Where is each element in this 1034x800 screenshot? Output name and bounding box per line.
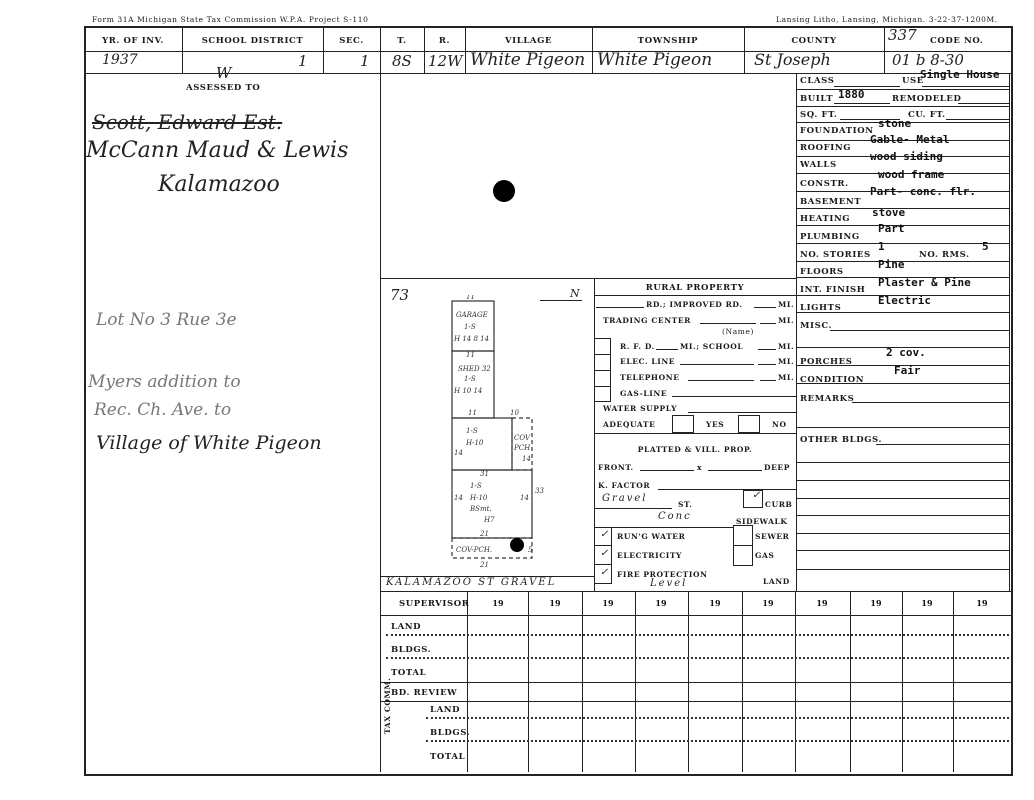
- label-tc-land: LAND: [430, 705, 460, 715]
- value-foundation[interactable]: stone: [878, 117, 911, 130]
- value-township[interactable]: White Pigeon: [597, 50, 712, 70]
- label-sec: SEC.: [323, 36, 380, 46]
- label-land: LAND: [763, 577, 790, 586]
- value-no-stories[interactable]: 1: [878, 240, 885, 253]
- legal-description-line1: Lot No 3 Rue 3e: [96, 310, 237, 330]
- value-plumbing[interactable]: Part: [878, 222, 905, 235]
- svg-text:14: 14: [522, 455, 531, 463]
- checkbox-adequate-yes[interactable]: [672, 415, 694, 433]
- assessed-owner[interactable]: McCann Maud & Lewis: [86, 138, 348, 163]
- svg-text:H-10: H-10: [469, 494, 488, 502]
- svg-text:14: 14: [454, 449, 463, 457]
- svg-text:H 10 14: H 10 14: [453, 387, 482, 395]
- svg-text:11: 11: [466, 295, 475, 301]
- label-code-no: CODE NO.: [930, 36, 983, 46]
- svg-text:14: 14: [520, 494, 529, 502]
- north-arrow-icon: N: [570, 287, 580, 300]
- svg-text:PCH: PCH: [513, 444, 531, 452]
- label-gas-line: GAS-LINE: [620, 389, 667, 398]
- label-constr: CONSTR.: [800, 179, 849, 189]
- year-col-9: 19: [907, 598, 947, 608]
- svg-text:10: 10: [510, 409, 519, 417]
- label-no-stories: NO. STORIES: [800, 250, 871, 260]
- label-adequate: ADEQUATE: [603, 420, 655, 429]
- label-k-factor: K. FACTOR: [598, 481, 650, 490]
- label-heating: HEATING: [800, 214, 850, 224]
- value-sec[interactable]: 1: [360, 52, 370, 70]
- assessed-city[interactable]: Kalamazoo: [158, 172, 280, 197]
- value-street[interactable]: Gravel: [602, 493, 648, 504]
- rural-title: RURAL PROPERTY: [594, 283, 796, 293]
- printer-info: Lansing Litho, Lansing, Michigan. 3-22-3…: [776, 15, 998, 24]
- value-int-finish[interactable]: Plaster & Pine: [878, 276, 971, 289]
- label-walls: WALLS: [800, 160, 837, 170]
- value-village[interactable]: White Pigeon: [470, 50, 585, 70]
- label-county: COUNTY: [744, 36, 884, 46]
- svg-text:1-S: 1-S: [470, 482, 482, 490]
- label-water-supply: WATER SUPPLY: [603, 404, 677, 413]
- label-sq-ft: SQ. FT.: [800, 110, 837, 120]
- value-no-rms[interactable]: 5: [982, 240, 989, 253]
- label-roofing: ROOFING: [800, 143, 851, 153]
- label-rfd: R. F. D.: [620, 342, 655, 351]
- checkbox-telephone[interactable]: [594, 370, 611, 387]
- label-misc: MISC.: [800, 321, 832, 331]
- label-mi: MI.: [778, 373, 794, 382]
- label-r: R.: [424, 36, 465, 46]
- sketch-street-label: KALAMAZOO ST GRAVEL: [386, 577, 556, 588]
- value-basement[interactable]: Part- conc. flr.: [870, 185, 976, 198]
- running-water-check-mark: ✓: [600, 529, 608, 540]
- floor-plan-sketch: 11 GARAGE 1-S H 14 8 14 11 SHED 32 1-S H…: [440, 295, 550, 570]
- value-county[interactable]: St Joseph: [754, 50, 831, 69]
- label-curb: CURB: [765, 500, 792, 509]
- svg-text:GARAGE: GARAGE: [456, 311, 488, 319]
- value-sidewalk[interactable]: Conc: [658, 511, 692, 522]
- label-front: FRONT.: [598, 463, 634, 472]
- label-no: NO: [772, 420, 787, 429]
- svg-text:COV: COV: [514, 434, 531, 442]
- value-roofing[interactable]: Gable- Metal: [870, 133, 949, 146]
- value-lights[interactable]: Electric: [878, 294, 931, 307]
- label-remodeled: REMODELED: [892, 94, 961, 104]
- value-land[interactable]: Level: [650, 578, 687, 589]
- curb-check-mark: ✓: [752, 490, 760, 501]
- label-built: BUILT: [800, 94, 833, 104]
- year-col-7: 19: [802, 598, 842, 608]
- svg-text:H 14 8 14: H 14 8 14: [453, 335, 489, 343]
- year-col-8: 19: [856, 598, 896, 608]
- year-col-10: 19: [962, 598, 1002, 608]
- value-porches[interactable]: 2 cov.: [886, 346, 926, 359]
- label-st: ST.: [678, 500, 692, 509]
- value-r[interactable]: 12W: [428, 52, 463, 70]
- label-t: T.: [380, 36, 424, 46]
- svg-text:21: 21: [479, 530, 489, 538]
- value-heating[interactable]: stove: [872, 206, 905, 219]
- year-col-1: 19: [478, 598, 518, 608]
- svg-text:5: 5: [528, 546, 533, 554]
- checkbox-gas[interactable]: [733, 545, 753, 566]
- legal-description-line4: Village of White Pigeon: [96, 432, 322, 454]
- value-walls[interactable]: wood siding: [870, 150, 943, 163]
- label-township: TOWNSHIP: [592, 36, 744, 46]
- value-yr-of-inv[interactable]: 1937: [102, 52, 138, 68]
- value-school-district-note: W: [216, 64, 231, 82]
- label-elec-line: ELEC. LINE: [620, 357, 675, 366]
- label-gas: GAS: [755, 551, 774, 560]
- legal-description-line2: Myers addition to: [88, 372, 241, 392]
- label-tc-total: TOTAL: [430, 752, 465, 762]
- label-tax-comm: TAX COMM.: [383, 677, 392, 734]
- label-basement: BASEMENT: [800, 197, 861, 207]
- svg-text:SHED 32: SHED 32: [458, 365, 491, 373]
- checkbox-adequate-no[interactable]: [738, 415, 760, 433]
- label-running-water: RUN'G WATER: [617, 532, 685, 541]
- assessed-struck-owner: Scott, Edward Est.: [92, 110, 282, 134]
- hint-name: (Name): [722, 327, 754, 336]
- svg-text:1-S: 1-S: [464, 375, 476, 383]
- svg-text:14: 14: [454, 494, 463, 502]
- label-land: LAND: [391, 622, 421, 632]
- legal-description-line3: Rec. Ch. Ave. to: [94, 400, 231, 420]
- value-constr[interactable]: wood frame: [878, 168, 944, 181]
- label-cu-ft: CU. FT.: [908, 110, 946, 120]
- year-col-4: 19: [641, 598, 681, 608]
- label-trading-center: TRADING CENTER: [603, 316, 691, 325]
- platted-title: PLATTED & VILL. PROP.: [594, 445, 796, 454]
- checkbox-rfd[interactable]: [594, 338, 611, 355]
- year-col-6: 19: [748, 598, 788, 608]
- label-bd-review: BD. REVIEW: [391, 688, 457, 698]
- checkbox-sewer[interactable]: [733, 525, 753, 546]
- label-foundation: FOUNDATION: [800, 126, 874, 136]
- svg-text:H-10: H-10: [465, 439, 484, 447]
- label-remarks: REMARKS: [800, 394, 854, 404]
- label-int-finish: INT. FINISH: [800, 285, 865, 295]
- value-code-prefix: 337: [888, 26, 917, 44]
- svg-text:21: 21: [479, 561, 489, 569]
- svg-text:BSmt.: BSmt.: [469, 505, 492, 513]
- label-rd-improved: RD.; IMPROVED RD.: [646, 300, 742, 309]
- checkbox-elec-line[interactable]: [594, 354, 611, 371]
- sketch-lot-width: 73: [390, 286, 409, 304]
- label-mi: MI.: [778, 357, 794, 366]
- label-mi: MI.: [778, 342, 794, 351]
- label-yes: YES: [706, 420, 724, 429]
- checkbox-gas-line[interactable]: [594, 386, 611, 402]
- label-deep: DEEP: [764, 463, 790, 472]
- year-col-3: 19: [588, 598, 628, 608]
- label-school: MI.; SCHOOL: [680, 342, 743, 351]
- label-no-rms: NO. RMS.: [919, 250, 970, 260]
- form-id: Form 31A Michigan State Tax Commission W…: [92, 15, 368, 24]
- value-floors[interactable]: Pine: [878, 258, 905, 271]
- punch-hole: [493, 180, 515, 202]
- label-village: VILLAGE: [465, 36, 592, 46]
- label-plumbing: PLUMBING: [800, 232, 860, 242]
- fire-protection-check-mark: ✓: [600, 567, 608, 578]
- label-school-district: SCHOOL DISTRICT: [182, 36, 323, 46]
- label-mi: MI.: [778, 300, 794, 309]
- value-condition[interactable]: Fair: [894, 364, 921, 377]
- label-floors: FLOORS: [800, 267, 844, 277]
- label-mi: MI.: [778, 316, 794, 325]
- label-class: CLASS: [800, 76, 834, 86]
- label-electricity: ELECTRICITY: [617, 551, 682, 560]
- label-telephone: TELEPHONE: [620, 373, 680, 382]
- svg-text:H7: H7: [483, 516, 495, 524]
- svg-text:31: 31: [480, 470, 489, 478]
- label-total: TOTAL: [391, 668, 426, 678]
- value-built[interactable]: 1880: [838, 88, 865, 101]
- value-code-no[interactable]: 01 b 8-30: [892, 51, 964, 69]
- svg-text:1-S: 1-S: [466, 427, 478, 435]
- year-col-5: 19: [695, 598, 735, 608]
- svg-text:11: 11: [466, 351, 475, 359]
- value-t[interactable]: 8S: [392, 52, 412, 70]
- label-assessed-to: ASSESSED TO: [186, 83, 260, 93]
- year-col-2: 19: [535, 598, 575, 608]
- electricity-check-mark: ✓: [600, 548, 608, 559]
- svg-text:11: 11: [468, 409, 477, 417]
- label-bldgs: BLDGS.: [391, 645, 431, 655]
- label-supervisor: SUPERVISOR: [399, 599, 469, 609]
- label-tc-bldgs: BLDGS.: [430, 728, 470, 738]
- label-x: x: [697, 463, 702, 472]
- label-sewer: SEWER: [755, 532, 790, 541]
- svg-text:33: 33: [535, 487, 544, 495]
- svg-text:1-S: 1-S: [464, 323, 476, 331]
- svg-text:COV-PCH.: COV-PCH.: [456, 546, 492, 554]
- label-other-bldgs: OTHER BLDGS.: [800, 435, 882, 445]
- value-school-district[interactable]: 1: [298, 52, 308, 70]
- value-use[interactable]: Single House: [920, 68, 999, 81]
- label-yr-of-inv: YR. OF INV.: [84, 36, 182, 46]
